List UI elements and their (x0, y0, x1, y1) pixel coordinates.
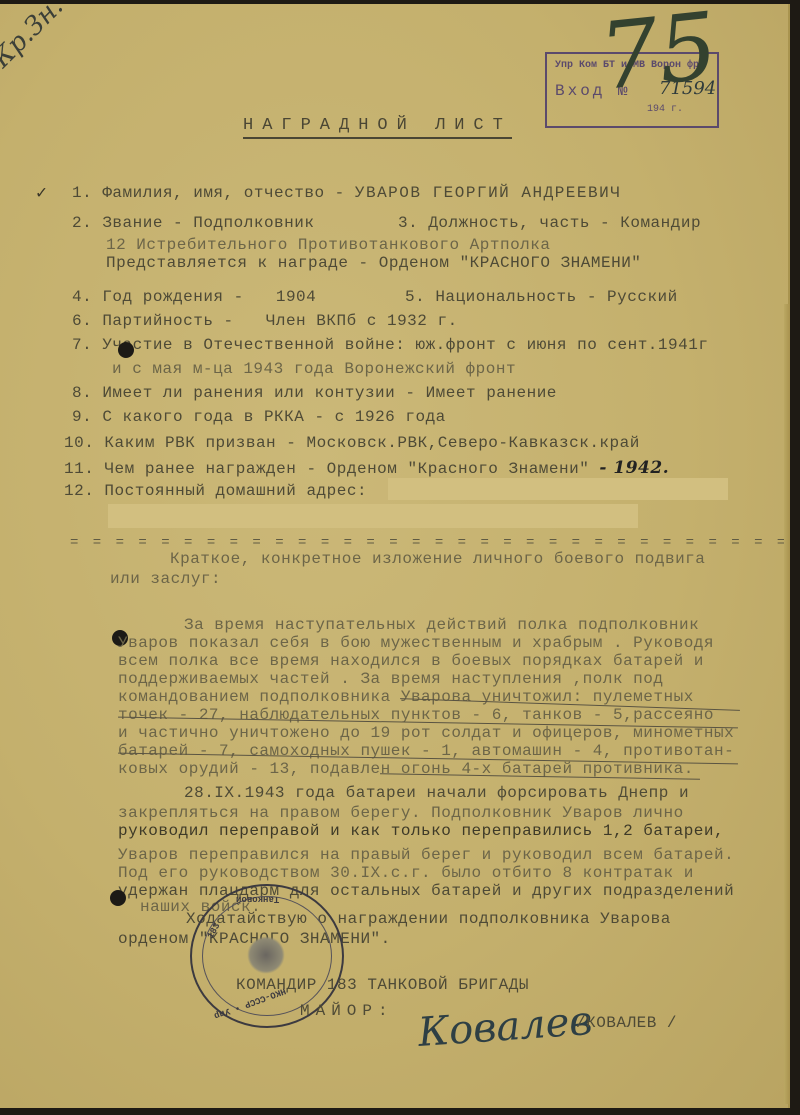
field-1-label: Фамилия, имя, отчество - (102, 184, 344, 202)
field-12-number: 12. (64, 482, 94, 500)
narrative-line: Под его руководством 30.IX.с.г. было отб… (118, 864, 694, 882)
field-4-value: 1904 (276, 288, 316, 306)
document-title: НАГРАДНОЙ ЛИСТ (243, 116, 512, 139)
field-12: 12. Постоянный домашний адрес: (64, 482, 367, 500)
field-3: 3. Должность, часть - Командир (398, 214, 701, 232)
field-8-value: Имеет ранение (426, 384, 557, 402)
award-nomination-label: Представляется к награде - (106, 254, 369, 272)
field-11-number: 11. (64, 460, 94, 478)
field-10-number: 10. (64, 434, 94, 452)
field-4-label: Год рождения - (102, 288, 243, 306)
field-10-label: Каким РВК призван - (104, 434, 296, 452)
field-6: 6. Партийность - Член ВКПб с 1932 г. (72, 312, 458, 330)
field-1-number: 1. (72, 184, 92, 202)
field-4: 4. Год рождения - 1904 (72, 288, 316, 306)
handwritten-big-number: 75 (595, 0, 723, 111)
field-8-label: Имеет ли ранения или контузии - (102, 384, 415, 402)
narrative-line: всем полка все время находился в боевых … (118, 652, 704, 670)
field-11: 11. Чем ранее награжден - Орденом "Красн… (64, 458, 669, 478)
field-2-label: Звание - (102, 214, 183, 232)
field-2: 2. Звание - Подполковник (72, 214, 314, 232)
stamp-top-text: Танковой (236, 894, 279, 904)
field-9-number: 9. (72, 408, 92, 426)
field-9: 9. С какого года в РККА - с 1926 года (72, 408, 446, 426)
field-6-value: Член ВКПб с 1932 г. (266, 312, 458, 330)
emblem-icon (247, 936, 285, 974)
narrative-line: За время наступательных действий полка п… (184, 616, 699, 634)
field-2-value: Подполковник (193, 214, 314, 232)
signatory-position: КОМАНДИР 183 ТАНКОВОЙ БРИГАДЫ (236, 976, 529, 994)
award-nomination-value: Орденом "КРАСНОГО ЗНАМЕНИ" (379, 254, 642, 272)
narrative-line: руководил переправой и как только перепр… (118, 822, 724, 840)
narrative-line: ковых орудий - 13, подавлен огонь 4-х ба… (118, 760, 694, 778)
narrative-line: Уваров переправился на правый берег и ру… (118, 846, 734, 864)
field-7: 7. Участие в Отечественной войне: юж.фро… (72, 336, 708, 354)
field-1: 1. Фамилия, имя, отчество - УВАРОВ ГЕОРГ… (72, 184, 621, 202)
award-sheet: Кр.Зн. Упр Ком БТ и МВ Ворон фр. Вход № … (0, 4, 790, 1108)
signatory-name: /КОВАЛЕВ / (576, 1014, 677, 1032)
field-10-value: Московск.РВК,Северо-Кавказск.край (306, 434, 639, 452)
field-9-label: С какого года в РККА - (102, 408, 324, 426)
section-heading-line-1: Краткое, конкретное изложение личного бо… (170, 550, 705, 568)
narrative-line: 28.IX.1943 года батареи начали форсирова… (184, 784, 689, 802)
award-nomination: Представляется к награде - Орденом "КРАС… (106, 254, 641, 272)
field-3-unit: 12 Истребительного Противотанкового Артп… (106, 236, 550, 254)
field-8-number: 8. (72, 384, 92, 402)
redacted-address-line-2 (108, 504, 638, 528)
field-7-continued: и с мая м-ца 1943 года Воронежский фронт (112, 360, 516, 378)
narrative-line: поддерживаемых частей . За время наступл… (118, 670, 663, 688)
field-6-number: 6. (72, 312, 92, 330)
narrative-line: командованием подполковника Уварова унич… (118, 688, 694, 706)
field-10: 10. Каким РВК призван - Московск.РВК,Сев… (64, 434, 640, 452)
section-divider: = = = = = = = = = = = = = = = = = = = = … (70, 535, 800, 551)
punch-hole (110, 890, 126, 906)
field-11-value: Орденом "Красного Знамени" (327, 460, 590, 478)
field-5-number: 5. (405, 288, 425, 306)
field-4-number: 4. (72, 288, 92, 306)
field-7-number: 7. (72, 336, 92, 354)
field-5-label: Национальность - (435, 288, 597, 306)
field-7-label: Участие в Отечественной войне: (102, 336, 405, 354)
narrative-line: Уваров показал себя в бою мужественным и… (118, 634, 714, 652)
field-3-number: 3. (398, 214, 418, 232)
field-3-value: Командир (620, 214, 701, 232)
field-5-value: Русский (607, 288, 678, 306)
narrative-line: закрепляться на правом берегу. Подполков… (118, 804, 684, 822)
field-11-label: Чем ранее награжден - (104, 460, 316, 478)
signatory-rank: МАЙОР: (300, 1002, 394, 1020)
check-mark-icon: ✓ (36, 182, 47, 204)
field-5: 5. Национальность - Русский (405, 288, 678, 306)
field-12-label: Постоянный домашний адрес: (104, 482, 367, 500)
punch-hole (118, 342, 134, 358)
field-11-handwritten-year: - 1942. (599, 458, 669, 478)
stamp-left-text: 183 (206, 921, 223, 940)
section-heading-line-2: или заслуг: (110, 570, 221, 588)
field-2-number: 2. (72, 214, 92, 232)
handwritten-signature: Ковалев (417, 998, 594, 1056)
redacted-address-line-1 (388, 478, 728, 500)
handwritten-note-top-left: Кр.Зн. (0, 0, 69, 74)
field-8: 8. Имеет ли ранения или контузии - Имеет… (72, 384, 557, 402)
field-3-label: Должность, часть - (428, 214, 610, 232)
field-6-label: Партийность - (102, 312, 233, 330)
field-7-value: юж.фронт с июня по сент.1941г (415, 336, 708, 354)
field-9-value: с 1926 года (335, 408, 446, 426)
field-1-value: УВАРОВ ГЕОРГИЙ АНДРЕЕВИЧ (355, 184, 621, 202)
